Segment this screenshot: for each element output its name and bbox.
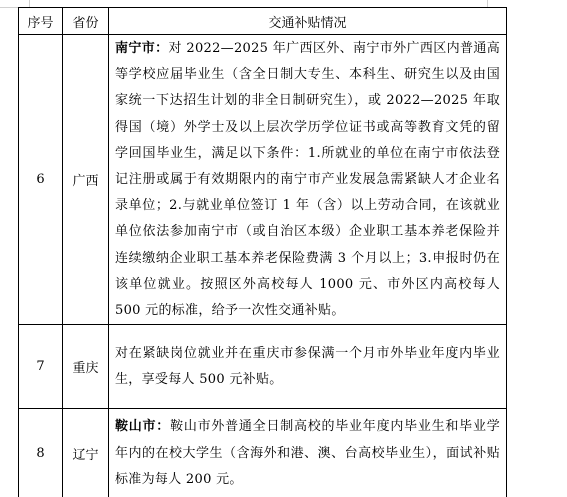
header-province: 省份 — [63, 8, 109, 35]
table-row: 8 辽宁 鞍山市：鞍山市外普通全日制高校的毕业年度内毕业生和毕业学年内的在校大学… — [19, 409, 507, 497]
row-index: 8 — [19, 409, 63, 497]
table-row: 7 重庆 对在紧缺岗位就业并在重庆市参保满一个月市外毕业年度内毕业生，享受每人 … — [19, 325, 507, 409]
row-province: 重庆 — [63, 325, 109, 409]
subsidy-table: 序号 省份 交通补贴情况 6 广西 南宁市：对 2022—2025 年广西区外、… — [18, 7, 507, 497]
row-index: 6 — [19, 35, 63, 325]
row-province: 广西 — [63, 35, 109, 325]
table-row: 6 广西 南宁市：对 2022—2025 年广西区外、南宁市外广西区内普通高等学… — [19, 35, 507, 325]
table-header-row: 序号 省份 交通补贴情况 — [19, 8, 507, 35]
page-margin-guide — [29, 0, 30, 7]
description-text: 对在紧缺岗位就业并在重庆市参保满一个月市外毕业年度内毕业生，享受每人 500 元… — [115, 346, 500, 387]
row-index: 7 — [19, 325, 63, 409]
header-subsidy: 交通补贴情况 — [109, 8, 507, 35]
row-description: 鞍山市：鞍山市外普通全日制高校的毕业年度内毕业生和毕业学年内的在校大学生（含海外… — [109, 409, 507, 497]
description-text: 鞍山市外普通全日制高校的毕业年度内毕业生和毕业学年内的在校大学生（含海外和港、澳… — [115, 419, 500, 486]
city-label: 南宁市： — [115, 41, 169, 56]
row-province: 辽宁 — [63, 409, 109, 497]
page-margin-guide — [487, 0, 488, 7]
city-label: 鞍山市： — [115, 419, 170, 434]
row-description: 对在紧缺岗位就业并在重庆市参保满一个月市外毕业年度内毕业生，享受每人 500 元… — [109, 325, 507, 409]
row-description: 南宁市：对 2022—2025 年广西区外、南宁市外广西区内普通高等学校应届毕业… — [109, 35, 507, 325]
description-text: 对 2022—2025 年广西区外、南宁市外广西区内普通高等学校应届毕业生（含全… — [115, 41, 500, 318]
header-index: 序号 — [19, 8, 63, 35]
